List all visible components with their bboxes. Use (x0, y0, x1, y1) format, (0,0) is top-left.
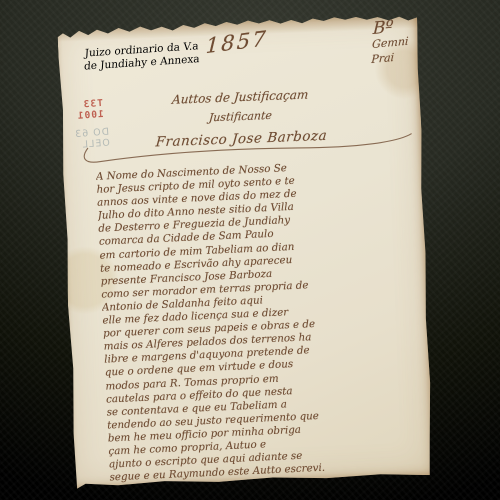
manuscript-page: Juizo ordinario da V.a de Jundiahy e Ann… (57, 13, 434, 488)
photo-backdrop: Juizo ordinario da V.a de Jundiahy e Ann… (0, 0, 500, 500)
title-line2: Justificante (209, 109, 273, 124)
court-heading: Juizo ordinario da V.a de Jundiahy e Ann… (84, 40, 201, 74)
clerk-rubric: Bº Gemni Prai (371, 19, 410, 67)
title-block: Auttos de Justificaçam Justificante Fran… (60, 79, 422, 154)
manuscript-body: A Nome do Nascimento de Nosso Sehor Jesu… (96, 157, 422, 485)
justificante-name: Francisco Jose Barboza (155, 128, 328, 151)
rubric-line3: Prai (371, 49, 408, 67)
year-label: 1857 (205, 26, 268, 58)
